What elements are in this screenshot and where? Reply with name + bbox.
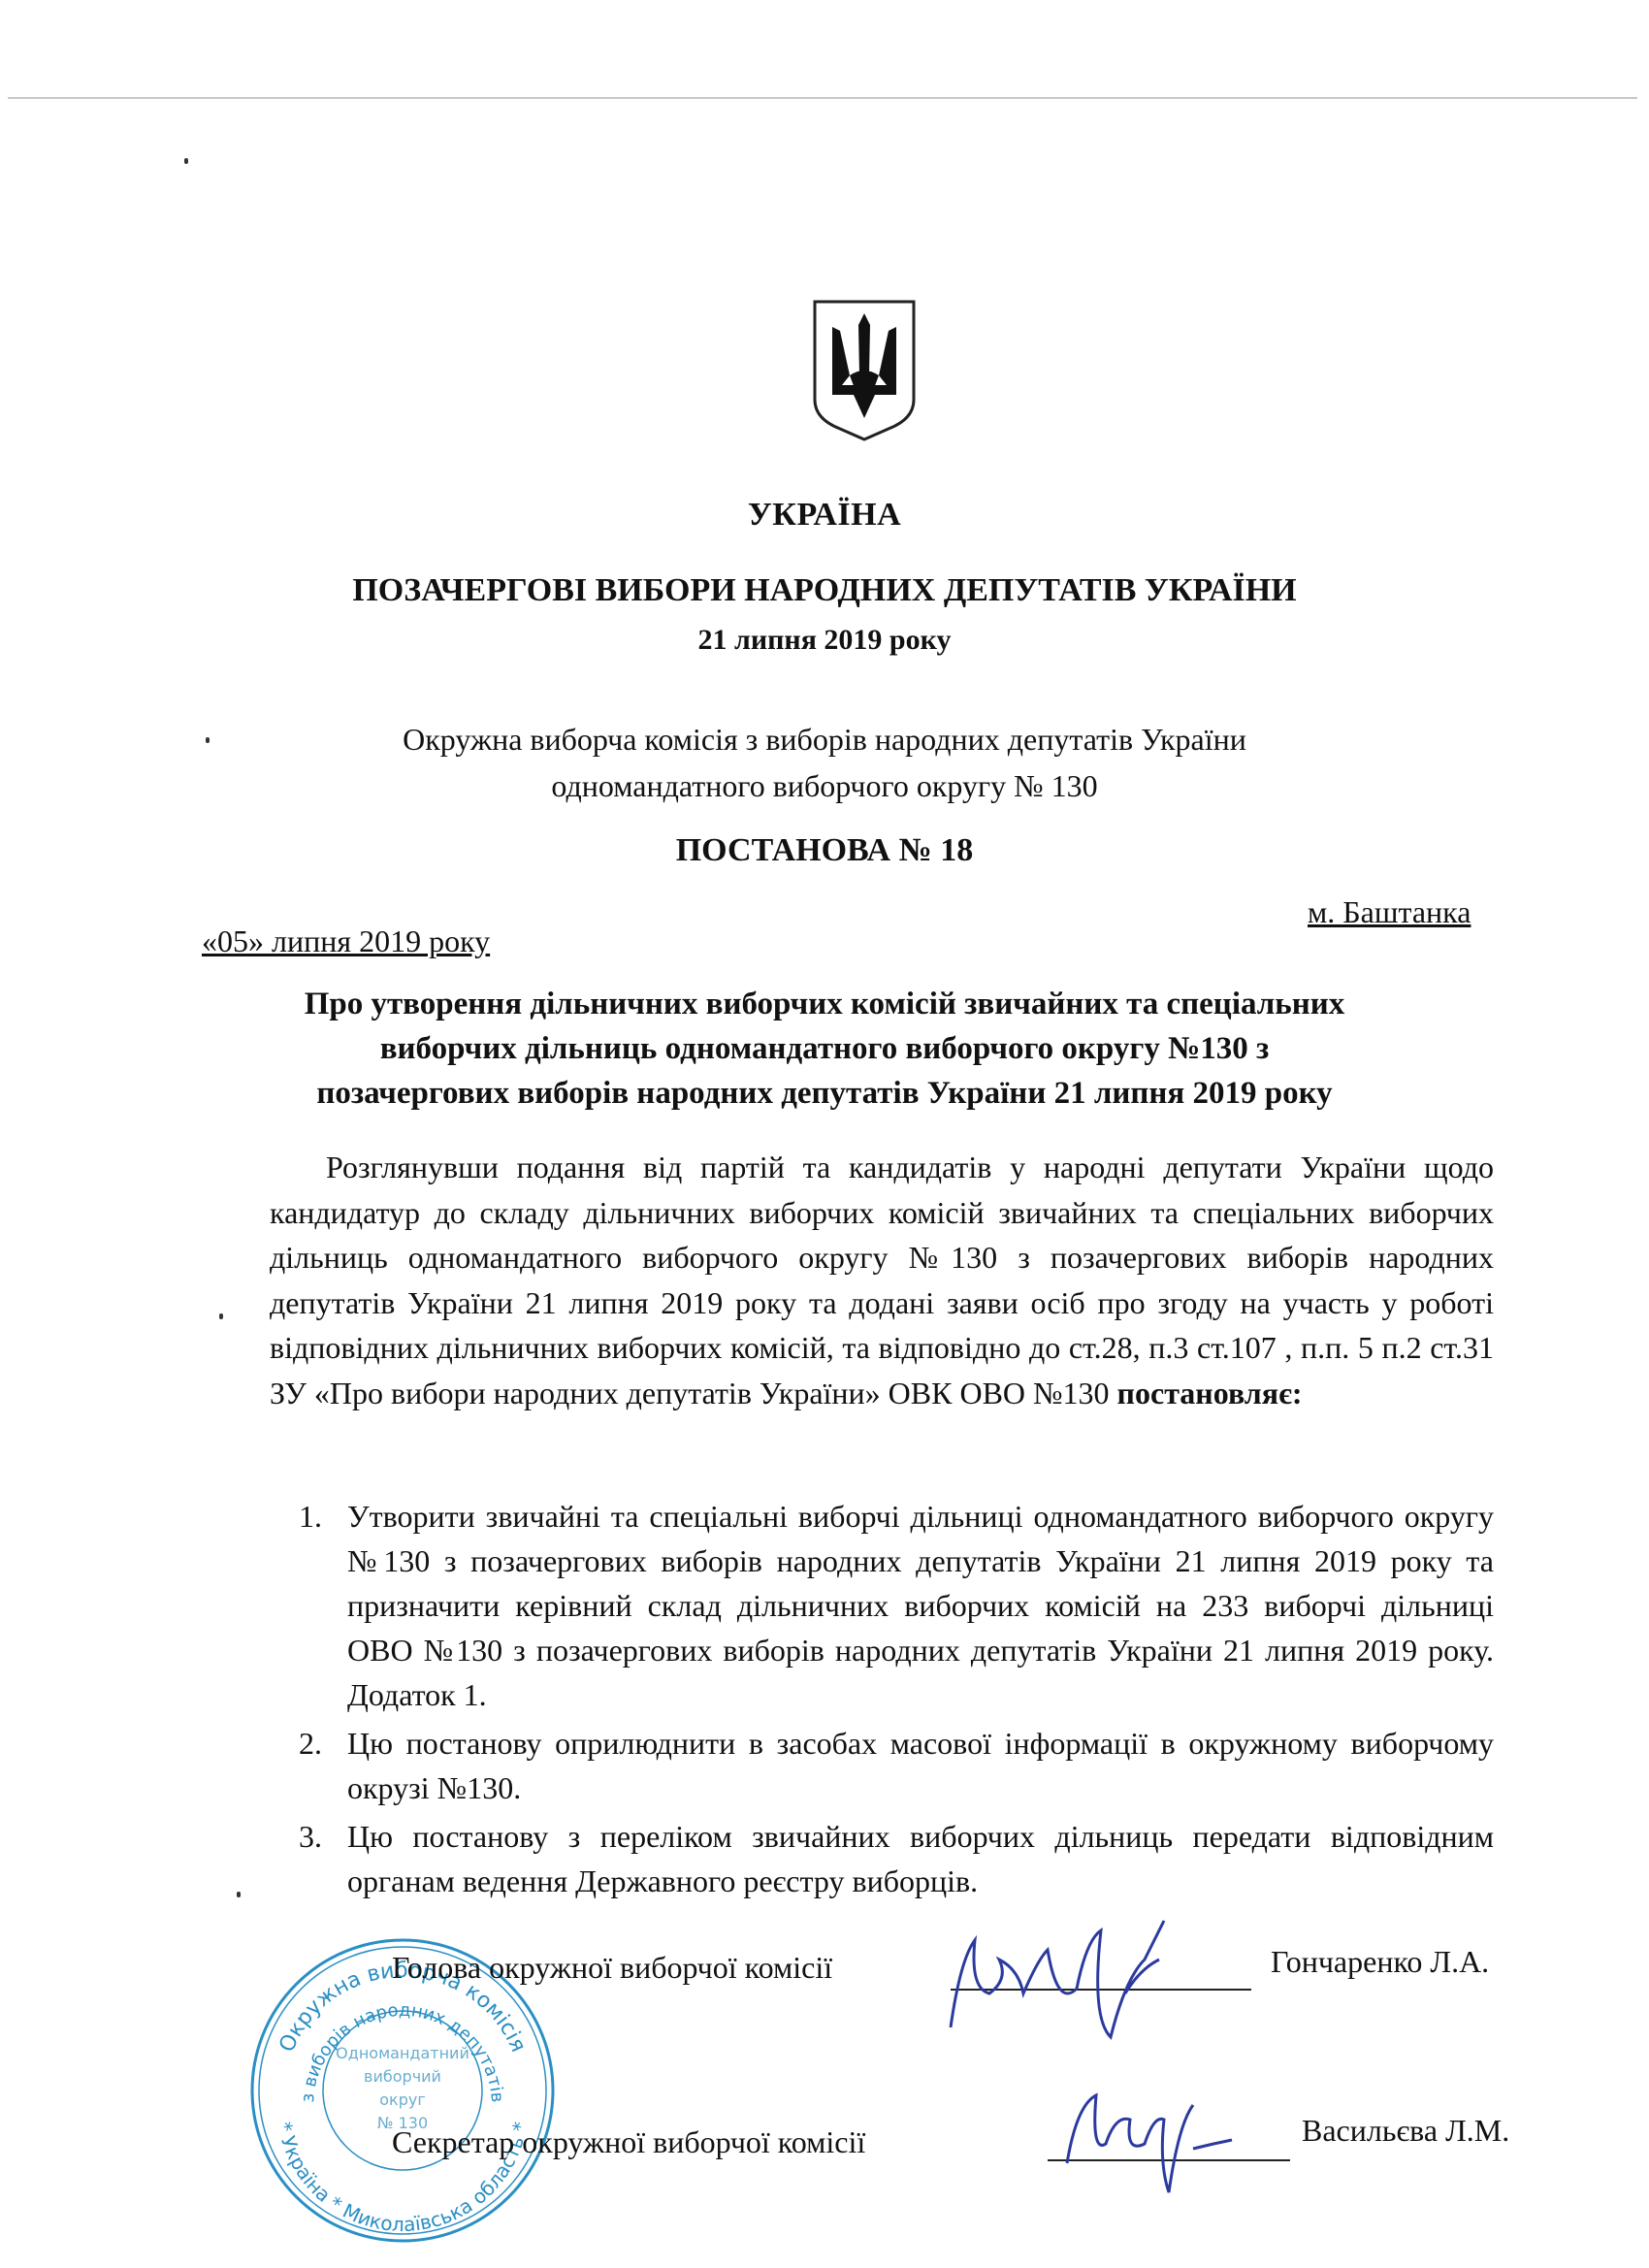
secretary-label: Секретар окружної виборчої комісії <box>392 2124 865 2160</box>
item-number: 2. <box>299 1721 322 1766</box>
item-text: Цю постанову оприлюднити в засобах масов… <box>347 1726 1494 1805</box>
country-heading: УКРАЇНА <box>0 497 1649 534</box>
preamble-text: Розглянувши подання від партій та кандид… <box>270 1150 1494 1410</box>
commission-line-1: Окружна виборча комісія з виборів народн… <box>0 716 1649 762</box>
svg-text:округ: округ <box>379 2090 425 2109</box>
ukraine-trident-icon <box>811 298 918 443</box>
item-text: Утворити звичайні та спеціальні виборчі … <box>347 1499 1494 1712</box>
resolution-subject: Про утворення дільничних виборчих комісі… <box>0 982 1649 1116</box>
resolution-items: 1. Утворити звичайні та спеціальні вибор… <box>291 1494 1494 1907</box>
chair-label: Голова окружної виборчої комісії <box>392 1950 832 1986</box>
scan-edge-line <box>8 97 1637 99</box>
subject-line-1: Про утворення дільничних виборчих комісі… <box>0 982 1649 1026</box>
chair-signature <box>931 1901 1222 2047</box>
scan-speck <box>219 1313 223 1319</box>
item-number: 3. <box>299 1814 322 1859</box>
svg-text:Одномандатний: Одномандатний <box>336 2044 469 2062</box>
commission-line-2: одномандатного виборчого округу № 130 <box>0 762 1649 809</box>
svg-text:виборчий: виборчий <box>364 2067 441 2086</box>
item-number: 1. <box>299 1494 322 1539</box>
secretary-signature <box>1048 2066 1242 2202</box>
resolution-item: 1. Утворити звичайні та спеціальні вибор… <box>291 1494 1494 1717</box>
preamble-decides: постановляє: <box>1117 1376 1303 1410</box>
subject-line-2: виборчих дільниць одномандатного виборчо… <box>0 1026 1649 1071</box>
elections-title: ПОЗАЧЕРГОВІ ВИБОРИ НАРОДНИХ ДЕПУТАТІВ УК… <box>0 572 1649 609</box>
scan-speck <box>184 158 188 164</box>
resolution-title: ПОСТАНОВА № 18 <box>0 832 1649 869</box>
chair-name: Гончаренко Л.А. <box>1271 1944 1489 1980</box>
item-text: Цю постанову з переліком звичайних вибор… <box>347 1819 1494 1898</box>
document-place: м. Баштанка <box>1308 894 1471 930</box>
subject-line-3: позачергових виборів народних депутатів … <box>0 1071 1649 1116</box>
resolution-item: 3. Цю постанову з переліком звичайних ви… <box>291 1814 1494 1903</box>
document-date: «05» липня 2019 року <box>202 923 490 959</box>
resolution-item: 2. Цю постанову оприлюднити в засобах ма… <box>291 1721 1494 1810</box>
preamble-paragraph: Розглянувши подання від партій та кандид… <box>270 1145 1494 1415</box>
elections-date: 21 липня 2019 року <box>0 624 1649 657</box>
scan-speck <box>237 1892 241 1897</box>
secretary-name: Васильєва Л.М. <box>1302 2113 1509 2149</box>
commission-name: Окружна виборча комісія з виборів народн… <box>0 716 1649 809</box>
